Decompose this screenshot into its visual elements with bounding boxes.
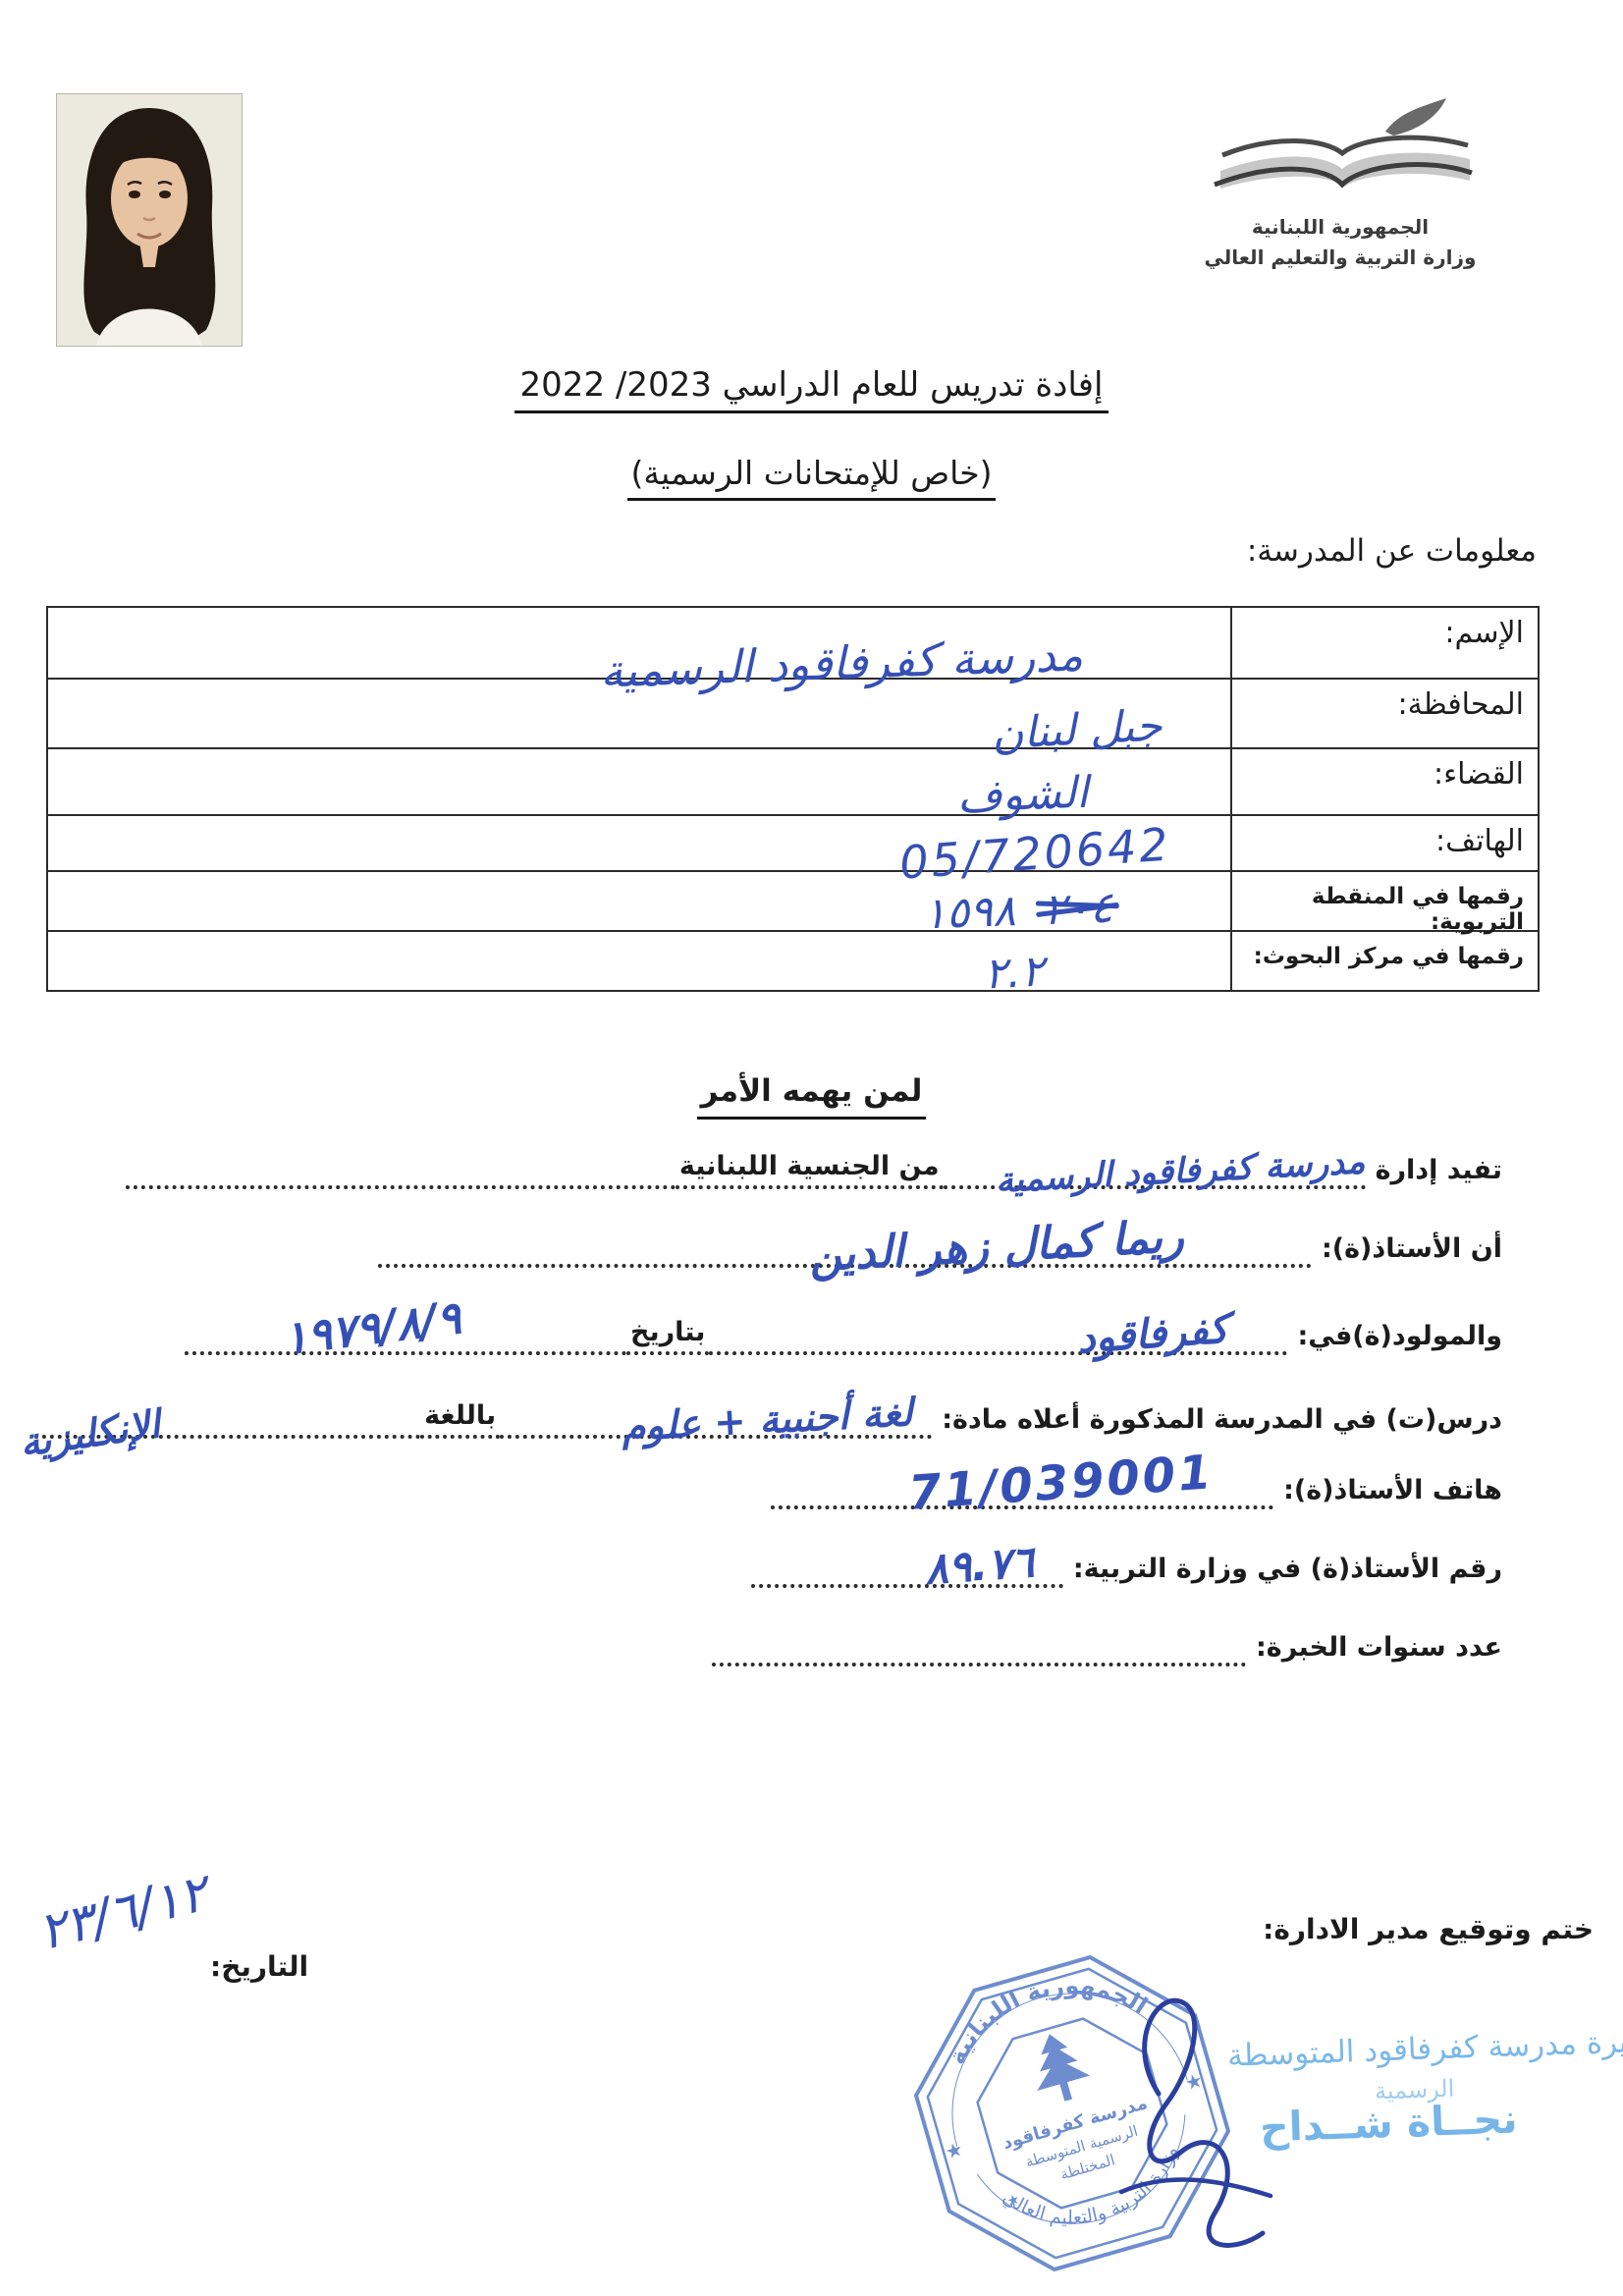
line3-dotted-field-date: ١٩٧٩/٨/٩ (185, 1321, 626, 1355)
handwritten-date: ٢٣/٦/١٢ (32, 1864, 213, 1962)
republic-name: الجمهورية اللبنانية (1119, 212, 1561, 243)
line4-prefix: درس(ت) في المدرسة المذكورة أعلاه مادة: (942, 1400, 1502, 1439)
document-title-text: إفادة تدريس للعام الدراسي 2023/ 2022 (514, 365, 1109, 413)
handwritten-subject: لغة أجنبية + علوم (620, 1386, 913, 1456)
line1-dotted-field: مدرسة كفرفاقود الرسمية (944, 1155, 1366, 1189)
handwritten-birthdate: ١٩٧٩/٨/٩ (280, 1285, 465, 1372)
crossed-out-number: ٢٠٤ (1042, 883, 1113, 935)
handwritten-district: الشوف (956, 768, 1089, 823)
document-title: إفادة تدريس للعام الدراسي 2023/ 2022 (0, 365, 1623, 413)
handwritten-zone-number-group: ٢٠٤ ١٥٩٨ (922, 883, 1113, 940)
line5-prefix: هاتف الأستاذ(ة): (1283, 1471, 1502, 1509)
school-info-heading: معلومات عن المدرسة: (1247, 533, 1537, 569)
letter-line-2: أن الأستاذ(ة): ريما كمال زهر الدين (378, 1230, 1502, 1268)
row-label-name: الإسم: (1230, 608, 1538, 678)
line1-prefix: تفيد إدارة (1376, 1151, 1502, 1189)
handwritten-teacher-phone: 71/039001 (906, 1439, 1217, 1528)
handwritten-teacher-name: ريما كمال زهر الدين (808, 1204, 1186, 1287)
letter-line-3: والمولود(ة)في: كفرفاقود بتاريخ ١٩٧٩/٨/٩ (185, 1313, 1502, 1355)
handwritten-school-name-letter: مدرسة كفرفاقود الرسمية (995, 1138, 1367, 1207)
line5-dotted-field: 71/039001 (771, 1475, 1273, 1509)
row-label-district: القضاء: (1230, 749, 1538, 814)
table-row-phone: الهاتف: 05/720642 (48, 814, 1538, 870)
line1-suffix: من الجنسية اللبنانية (676, 1147, 944, 1189)
table-row-district: القضاء: الشوف (48, 747, 1538, 814)
line3-mid: بتاريخ (626, 1313, 709, 1355)
ministry-name: وزارة التربية والتعليم العالي (1119, 243, 1561, 273)
row-value-governorate: جبل لبنان (48, 680, 1230, 747)
table-row-zone-number: رقمها في المنقطة التربوية: ٢٠٤ ١٥٩٨ (48, 870, 1538, 930)
document-subtitle-text: (خاص للإمتحانات الرسمية) (627, 454, 997, 501)
portrait-illustration (57, 94, 242, 346)
handwritten-birthplace: كفرفاقود (1076, 1299, 1231, 1368)
row-label-phone: الهاتف: (1230, 816, 1538, 870)
handwritten-research-number: ٢.٢ (982, 946, 1045, 999)
line2-dotted-field: ريما كمال زهر الدين (378, 1233, 1312, 1268)
line4-dotted-field-subject: لغة أجنبية + علوم (500, 1404, 932, 1439)
row-value-research-number: ٢.٢ (48, 932, 1230, 990)
row-value-name: مدرسة كفرفاقود الرسمية (48, 608, 1230, 678)
line6-prefix: رقم الأستاذ(ة) في وزارة التربية: (1073, 1550, 1502, 1588)
letter-line-4: درس(ت) في المدرسة المذكورة أعلاه مادة: ل… (34, 1396, 1502, 1439)
row-value-zone-number: ٢٠٤ ١٥٩٨ (48, 872, 1230, 930)
letter-heading: لمن يهمه الأمر (0, 1073, 1623, 1120)
line2-prefix: أن الأستاذ(ة): (1322, 1230, 1502, 1268)
letter-line-6: رقم الأستاذ(ة) في وزارة التربية: ٨٩.٧٦ (751, 1550, 1502, 1588)
line4-mid: باللغة (420, 1396, 500, 1439)
table-row-governorate: المحافظة: جبل لبنان (48, 678, 1538, 747)
letter-heading-text: لمن يهمه الأمر (697, 1073, 927, 1120)
letter-line-5: هاتف الأستاذ(ة): 71/039001 (771, 1471, 1502, 1509)
row-value-phone: 05/720642 (48, 816, 1230, 870)
stamp-signature-label: ختم وتوقيع مدير الادارة: (1263, 1913, 1594, 1945)
line4-dotted-field-language: الإنكليزية (34, 1404, 420, 1439)
line7-prefix: عدد سنوات الخبرة: (1256, 1628, 1502, 1667)
teacher-portrait-photo (56, 93, 243, 347)
line3-prefix: والمولود(ة)في: (1297, 1317, 1502, 1355)
letter-line-1: تفيد إدارة مدرسة كفرفاقود الرسمية من الج… (126, 1147, 1502, 1189)
row-label-governorate: المحافظة: (1230, 680, 1538, 747)
ministry-open-book-logo-icon (1193, 94, 1488, 212)
row-label-research-number: رقمها في مركز البحوث: (1230, 932, 1538, 990)
handwritten-ministry-number: ٨٩.٧٦ (923, 1532, 1036, 1602)
handwritten-language: الإنكليزية (17, 1397, 164, 1472)
table-row-name: الإسم: مدرسة كفرفاقود الرسمية (48, 608, 1538, 678)
scanned-teaching-certificate: الجمهورية اللبنانية وزارة التربية والتعل… (0, 0, 1623, 2296)
ministry-header: الجمهورية اللبنانية وزارة التربية والتعل… (1119, 94, 1561, 273)
table-row-research-number: رقمها في مركز البحوث: ٢.٢ (48, 930, 1538, 990)
line7-dotted-field (712, 1632, 1246, 1667)
line6-dotted-field: ٨٩.٧٦ (751, 1554, 1063, 1588)
date-label: التاريخ: (210, 1950, 308, 1983)
cedar-tree-icon (1023, 2027, 1095, 2108)
document-subtitle: (خاص للإمتحانات الرسمية) (0, 454, 1623, 501)
school-info-table: الإسم: مدرسة كفرفاقود الرسمية المحافظة: … (46, 606, 1540, 992)
row-value-district: الشوف (48, 749, 1230, 814)
letter-line-7: عدد سنوات الخبرة: (712, 1628, 1502, 1667)
director-stamp-name: نجــاة شــداح (1259, 2095, 1518, 2151)
line3-dotted-field-place: كفرفاقود (709, 1321, 1287, 1355)
line1-dotted-trailer (126, 1155, 676, 1189)
row-label-zone-number: رقمها في المنقطة التربوية: (1230, 872, 1538, 930)
